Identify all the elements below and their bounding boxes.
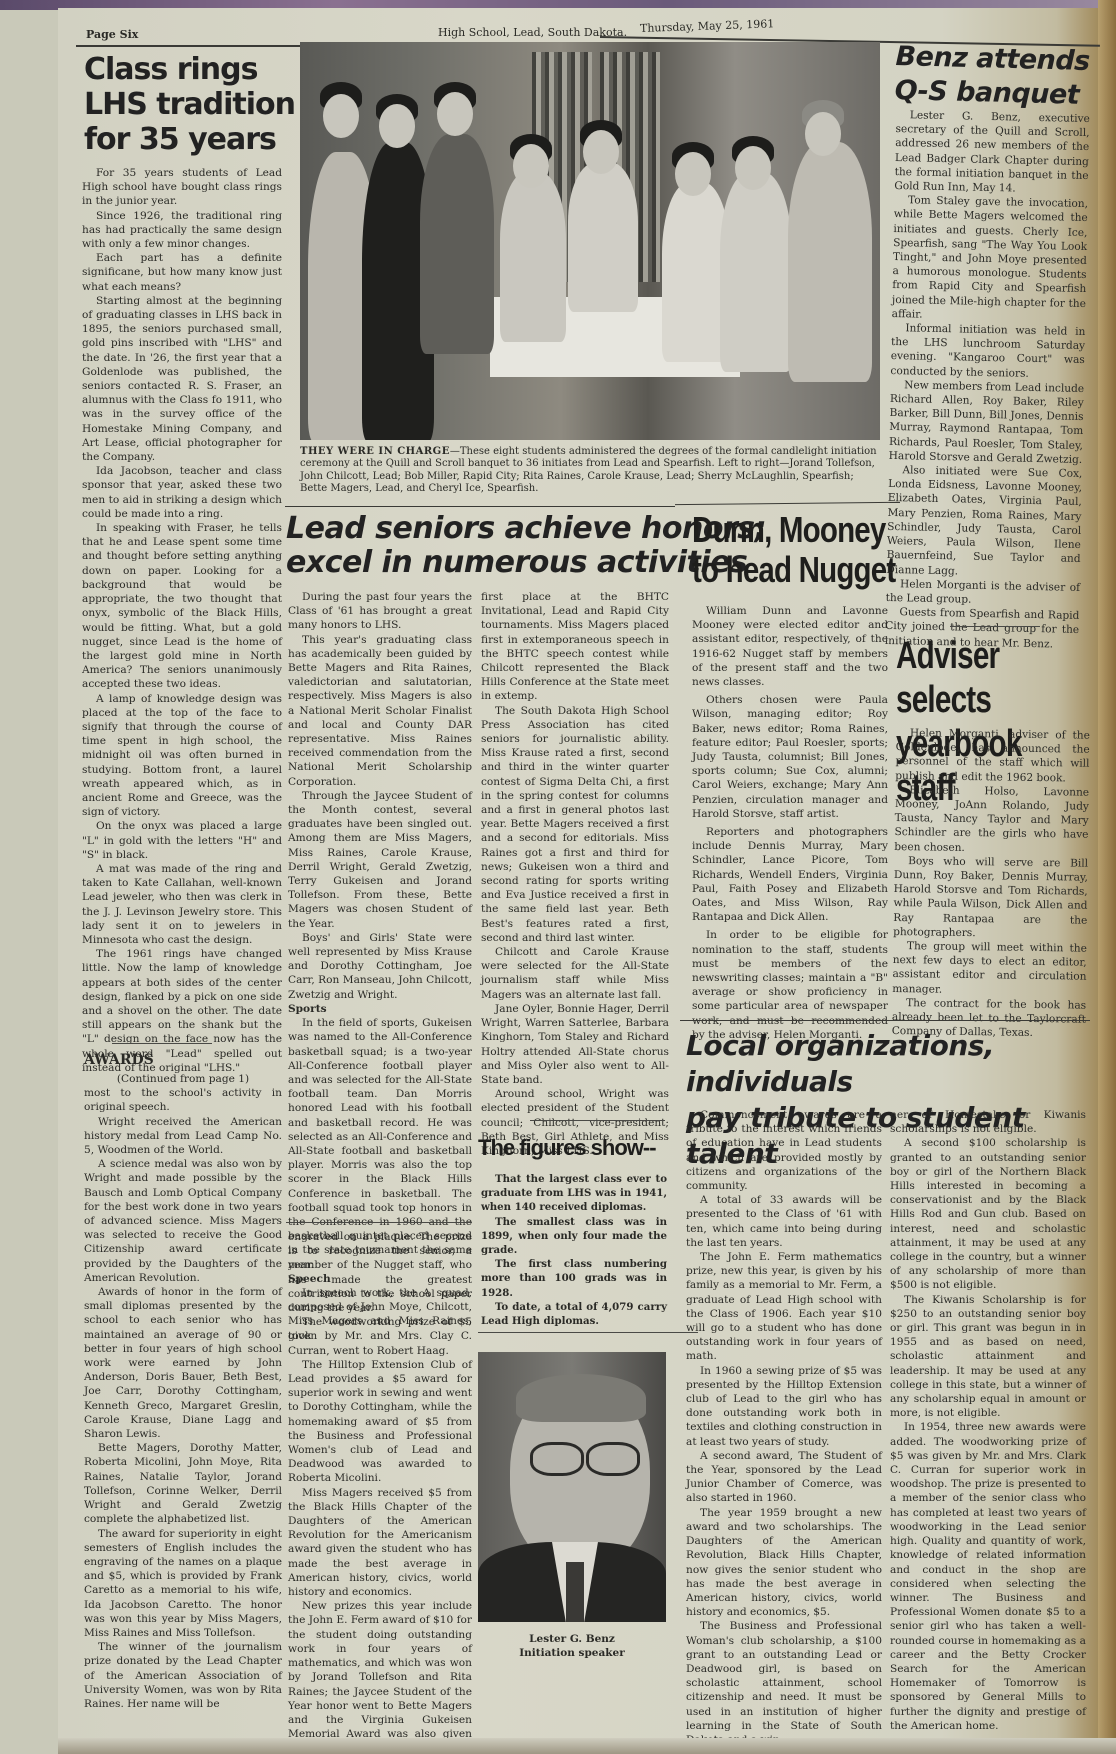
paragraph: The year 1959 brought a new award and tw… — [686, 1506, 882, 1620]
paragraph: The Hilltop Extension Club of Lead provi… — [288, 1358, 472, 1486]
headline-line: Local organizations, individuals — [686, 1028, 1116, 1100]
student-face — [805, 112, 841, 156]
paragraph: most to the school's activity in origina… — [84, 1086, 282, 1114]
glasses-left — [530, 1442, 584, 1476]
portrait-name: Lester G. Benz — [478, 1632, 666, 1646]
paragraph: In 1954, three new awards were added. Th… — [890, 1420, 1086, 1732]
paragraph: This year's graduating class has academi… — [288, 633, 472, 789]
paragraph: Informal initiation was held in the LHS … — [890, 321, 1085, 382]
student-face — [735, 146, 771, 190]
paragraph: A second $100 scholarship is granted to … — [890, 1136, 1086, 1292]
page-bottom-edge — [58, 1738, 1116, 1754]
section-divider — [478, 1332, 698, 1333]
caption-lead: THEY WERE IN CHARGE — [300, 446, 450, 457]
student-figure — [420, 134, 494, 354]
book-edge — [1098, 0, 1116, 1754]
paragraph: The Kiwanis Scholarship is for $250 to a… — [890, 1293, 1086, 1421]
student-face — [513, 144, 549, 188]
paragraph: A science medal was also won by Wright a… — [84, 1157, 282, 1285]
paragraph: The group will meet within the next few … — [892, 939, 1087, 999]
paragraph: Jane Oyler, Bonnie Hager, Derril Wright,… — [481, 1002, 669, 1087]
paragraph: The woodworking prize of $5 given by Mr.… — [288, 1315, 472, 1358]
paragraph: The award for superiority in eight semes… — [84, 1527, 282, 1641]
class-rings-headline: Class rings LHS tradition for 35 years — [84, 52, 295, 157]
seniors-col-2: first place at the BHTC Invitational, Le… — [481, 590, 669, 1158]
photo-caption: THEY WERE IN CHARGE—These eight students… — [300, 446, 880, 496]
yearbook-body: Helen Morganti, adviser of the Goldenlod… — [892, 726, 1090, 1041]
headline-line: Q-S banquet — [894, 74, 1089, 113]
paragraph: A lamp of knowledge design was placed at… — [82, 692, 282, 820]
lester-benz-portrait — [478, 1352, 666, 1622]
page-number: Page Six — [86, 28, 138, 41]
student-figure — [568, 162, 638, 312]
paragraph: New members from Lead include Richard Al… — [889, 378, 1085, 467]
paragraph: Reporters and photographers include Denn… — [692, 825, 888, 924]
student-figure — [500, 172, 566, 342]
headline-line: Dunn, Mooney — [692, 510, 895, 550]
paragraph: Boys' and Girls' State were well represe… — [288, 931, 472, 1002]
paragraph: In order to be eligible for nomination t… — [692, 928, 888, 1042]
section-rule — [285, 506, 675, 507]
headline-line: Class rings — [84, 52, 295, 87]
paragraph: Starting almost at the beginning of grad… — [82, 294, 282, 464]
paragraph: The smallest class was in 1899, when onl… — [481, 1215, 667, 1258]
paragraph: Also initiated were Sue Cox, Londa Eidsn… — [886, 463, 1082, 581]
student-face — [323, 94, 359, 138]
portrait-hair — [516, 1374, 646, 1422]
headline-line: Adviser selects — [896, 634, 1068, 722]
awards-headline: AWARDS — [84, 1052, 154, 1068]
paragraph: Awards of honor in the form of small dip… — [84, 1285, 282, 1441]
paragraph: Since 1926, the traditional ring has had… — [82, 209, 282, 252]
figures-body: That the largest class ever to graduate … — [481, 1172, 667, 1328]
paragraph: William Dunn and Lavonne Mooney were ele… — [692, 604, 888, 689]
paragraph: Others chosen were Paula Wilson, managin… — [692, 693, 888, 821]
paragraph: The South Dakota High School Press Assoc… — [481, 704, 669, 945]
section-divider — [530, 1120, 665, 1121]
paragraph: Through the Jaycee Student of the Month … — [288, 789, 472, 931]
section-rule — [680, 1020, 1090, 1021]
subhead-sports: Sports — [288, 1002, 472, 1016]
paragraph: A total of 33 awards will be presented t… — [686, 1193, 882, 1250]
paragraph: The John E. Ferm mathematics prize, new … — [686, 1250, 882, 1364]
paragraph: In 1960 a sewing prize of $5 was present… — [686, 1364, 882, 1449]
paragraph: Elizabeth Holso, Lavonne Mooney, JoAnn R… — [894, 783, 1089, 857]
paragraph: Helen Morganti, adviser of the Goldenlod… — [895, 726, 1090, 786]
section-divider — [950, 626, 1040, 627]
figures-headline: The figures show-- — [478, 1136, 656, 1159]
paragraph: Wright received the American history med… — [84, 1115, 282, 1158]
student-figure — [720, 172, 792, 372]
paragraph: Chilcott and Carole Krause were selected… — [481, 945, 669, 1002]
local-orgs-col-2: ner of Homestake or Kiwanis scholarships… — [890, 1108, 1086, 1733]
glasses-right — [586, 1442, 640, 1476]
nugget-headline: Dunn, Mooney to head Nugget — [692, 510, 895, 590]
headline-line: LHS tradition — [84, 87, 295, 122]
paragraph: The first class numbering more than 100 … — [481, 1257, 667, 1300]
portrait-title: Initiation speaker — [478, 1646, 666, 1660]
student-face — [675, 152, 711, 196]
dateline: High School, Lead, South Dakota. — [438, 26, 627, 39]
paragraph: Helen Morganti is the adviser of the Lea… — [886, 577, 1081, 609]
class-rings-body: For 35 years students of Lead High schoo… — [82, 166, 282, 1075]
candlelight-ceremony-photo — [300, 42, 880, 440]
student-face — [437, 92, 473, 136]
paragraph: On the onyx was placed a large "L" in go… — [82, 819, 282, 862]
column-break-rule — [286, 1222, 472, 1223]
nugget-body: William Dunn and Lavonne Mooney were ele… — [692, 604, 888, 1042]
paragraph: Bette Magers, Dorothy Matter, Roberta Mi… — [84, 1441, 282, 1526]
paragraph: Tom Staley gave the invocation, while Be… — [892, 193, 1089, 325]
paragraph: During the past four years the Class of … — [288, 590, 472, 633]
student-figure — [788, 142, 872, 382]
paragraph: Lester G. Benz, executive secretary of t… — [894, 108, 1090, 197]
paragraph: Each part has a definite significane, bu… — [82, 251, 282, 294]
benz-body: Lester G. Benz, executive secretary of t… — [885, 108, 1090, 652]
paragraph: Commencement awards are a tribute to the… — [686, 1108, 882, 1193]
continued-note: (Continued from page 1) — [84, 1072, 282, 1086]
paragraph: Ida Jacobson, teacher and class sponsor … — [82, 464, 282, 521]
student-face — [379, 104, 415, 148]
paragraph: ner of Homestake or Kiwanis scholarships… — [890, 1108, 1086, 1136]
awards-continuation: engraved on a plaque. The prize is to re… — [288, 1230, 472, 1754]
paragraph: That the largest class ever to graduate … — [481, 1172, 667, 1215]
paragraph: Miss Magers received $5 from the Black H… — [288, 1486, 472, 1600]
headline-line: for 35 years — [84, 122, 295, 157]
paragraph: The Business and Professional Woman's cl… — [686, 1619, 882, 1747]
benz-headline: Benz attends Q-S banquet — [894, 40, 1090, 113]
paragraph: To date, a total of 4,079 carry Lead Hig… — [481, 1300, 667, 1328]
section-divider — [112, 1043, 212, 1044]
headline-line: to head Nugget — [692, 550, 895, 590]
awards-body: (Continued from page 1) most to the scho… — [84, 1072, 282, 1711]
paragraph: A second award, The Student of the Year,… — [686, 1449, 882, 1506]
paragraph: New prizes this year include the John E.… — [288, 1599, 472, 1754]
paragraph: In speaking with Fraser, he tells that h… — [82, 521, 282, 691]
paragraph: engraved on a plaque. The prize is to re… — [288, 1230, 472, 1315]
student-face — [583, 130, 619, 174]
paragraph: first place at the BHTC Invitational, Le… — [481, 590, 669, 704]
paragraph: A mat was made of the ring and taken to … — [82, 862, 282, 947]
portrait-tie — [566, 1562, 584, 1622]
portrait-caption: Lester G. Benz Initiation speaker — [478, 1632, 666, 1660]
paragraph: For 35 years students of Lead High schoo… — [82, 166, 282, 209]
headline-line: Benz attends — [895, 40, 1090, 79]
local-orgs-col-1: Commencement awards are a tribute to the… — [686, 1108, 882, 1747]
paragraph: Boys who will serve are Bill Dunn, Roy B… — [893, 854, 1088, 942]
paragraph: The winner of the journalism prize donat… — [84, 1640, 282, 1711]
